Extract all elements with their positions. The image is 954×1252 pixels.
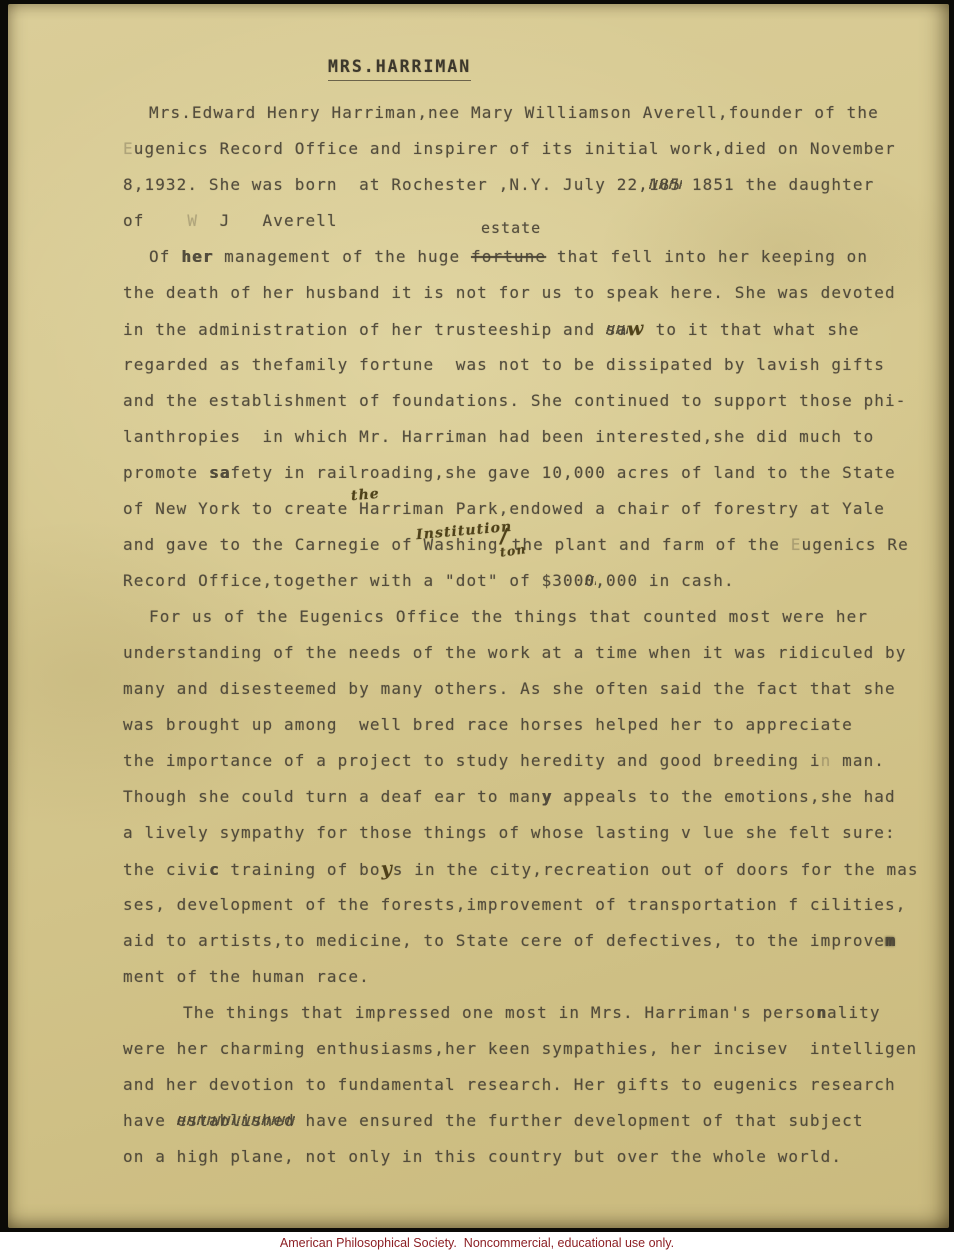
text-line: the death of her husband it is not for u… <box>8 275 949 311</box>
text-line: promote safety in railroading,she gave 1… <box>8 455 949 491</box>
handwritten-annotation-text: the <box>351 487 381 503</box>
ink-smudge: m <box>885 931 896 950</box>
caret-insertion-text: ton <box>499 543 527 559</box>
typed-text: For us of the Eugenics Office the things… <box>149 607 868 626</box>
typed-text: ses, development of the forests,improvem… <box>123 895 907 914</box>
text-line: was brought up among well bred race hors… <box>8 707 949 743</box>
typed-text: and the establishment of foundations. Sh… <box>123 391 907 410</box>
struck-out-text: 0 <box>585 563 596 599</box>
typed-text: ugenics Record Office and inspirer of it… <box>134 139 896 158</box>
typed-text: Harriman Park,endowed a chair of forestr… <box>359 499 885 518</box>
typed-text: of <box>123 211 187 230</box>
text-line: 8,1932. She was born at Rochester ,N.Y. … <box>8 167 949 203</box>
typed-text: Though she could turn a deaf ear to man <box>123 787 542 806</box>
text-line: Record Office,together with a "dot" of $… <box>8 563 949 599</box>
document-body: Mrs.Edward Henry Harriman,nee Mary Willi… <box>8 95 949 1175</box>
typed-text: ugenics Re <box>801 535 908 554</box>
typed-text: the civi <box>123 860 209 879</box>
typed-text: of New York to create <box>123 499 359 518</box>
typed-text: 8,1932. She was born at Rochester ,N.Y. … <box>123 175 649 194</box>
typed-text: and gave to the Carnegie of <box>123 535 424 554</box>
text-line: a lively sympathy for those things of wh… <box>8 815 949 851</box>
document-title: MRS.HARRIMAN <box>328 54 471 81</box>
typed-text: ment of the human race. <box>123 967 370 986</box>
text-line: and the establishment of foundations. Sh… <box>8 383 949 419</box>
text-line: For us of the Eugenics Office the things… <box>8 599 949 635</box>
archive-footer-bar: American Philosophical Society. Noncomme… <box>0 1232 954 1252</box>
typed-text: in the administration of her trusteeship… <box>123 320 606 339</box>
typed-text: 1851 the daughter <box>681 175 874 194</box>
typed-text: ,000 in cash. <box>595 571 735 590</box>
typed-insertion-above: estate <box>481 221 541 236</box>
typed-text: man. <box>831 751 885 770</box>
scanned-document-page: MRS.HARRIMAN Mrs.Edward Henry Harriman,n… <box>8 4 949 1228</box>
typed-text: the death of her husband it is not for u… <box>123 283 896 302</box>
typed-text: training of bo <box>220 860 381 879</box>
text-line: ment of the human race. <box>8 959 949 995</box>
overstruck-text: c <box>209 860 220 879</box>
typed-text: understanding of the needs of the work a… <box>123 643 907 662</box>
typed-text: The things that impressed one most in Mr… <box>183 1003 816 1022</box>
typed-text: J Averell <box>198 211 338 230</box>
struck-out-text: established <box>177 1103 295 1139</box>
typed-text: a lively sympathy for those things of wh… <box>123 823 896 842</box>
typed-text: the importance of a project to study her… <box>123 751 821 770</box>
typed-text: the plant and farm of the <box>512 535 791 554</box>
caret-insertion: ∕ton <box>499 530 512 550</box>
typed-text: was brought up among well bred race hors… <box>123 715 853 734</box>
overstruck-text: her <box>181 247 213 266</box>
text-line: The things that impressed one most in Mr… <box>8 995 949 1031</box>
typed-text: many and disesteemed by many others. As … <box>123 679 896 698</box>
typed-text: ality <box>827 1003 881 1022</box>
text-line: and her devotion to fundamental research… <box>8 1067 949 1103</box>
text-line: were her charming enthusiasms,her keen s… <box>8 1031 949 1067</box>
typed-text: appeals to the emotions,she had <box>552 787 895 806</box>
text-line: Mrs.Edward Henry Harriman,nee Mary Willi… <box>8 95 949 131</box>
typed-text: to it that what she <box>645 320 860 339</box>
typed-text: fety in railroading,she gave 10,000 acre… <box>230 463 895 482</box>
text-line: understanding of the needs of the work a… <box>8 635 949 671</box>
text-line: on a high plane, not only in this countr… <box>8 1139 949 1175</box>
handwritten-correction: w <box>626 310 646 347</box>
faded-text: E <box>791 535 802 554</box>
typed-correction: fortuneestate <box>471 239 546 275</box>
typed-text: Mrs.Edward Henry Harriman,nee Mary Willi… <box>149 103 879 122</box>
typed-text: have <box>123 1111 177 1130</box>
typed-text: management of the huge <box>213 247 471 266</box>
typed-text: have ensured the further development of … <box>295 1111 864 1130</box>
typed-text: promote <box>123 463 209 482</box>
overstruck-text: n <box>816 1003 827 1022</box>
faded-text: E <box>123 139 134 158</box>
typed-text: Record Office,together with a "dot" of $… <box>123 571 585 590</box>
struck-out-text: 185 <box>649 167 681 203</box>
typewritten-content: MRS.HARRIMAN Mrs.Edward Henry Harriman,n… <box>8 4 949 1175</box>
text-line: the civic training of boys in the city,r… <box>8 851 949 887</box>
faded-text: W <box>187 211 198 230</box>
overstruck-text: y <box>542 787 553 806</box>
typed-text: s in the city,recreation out of doors fo… <box>393 860 919 879</box>
text-line: many and disesteemed by many others. As … <box>8 671 949 707</box>
typed-text: on a high plane, not only in this countr… <box>123 1147 842 1166</box>
text-line: the importance of a project to study her… <box>8 743 949 779</box>
typed-text: that fell into her keeping on <box>546 247 868 266</box>
text-line: ses, development of the forests,improvem… <box>8 887 949 923</box>
text-line: have established have ensured the furthe… <box>8 1103 949 1139</box>
struck-out-text: fortune <box>471 247 546 266</box>
archive-credit-text: American Philosophical Society. Noncomme… <box>280 1236 674 1250</box>
handwritten-correction: y <box>379 851 394 888</box>
overstruck-text: sa <box>209 463 230 482</box>
typed-text: Of <box>149 247 181 266</box>
text-line: of W J Averell <box>8 203 949 239</box>
text-line: Eugenics Record Office and inspirer of i… <box>8 131 949 167</box>
text-line: lanthropies in which Mr. Harriman had be… <box>8 419 949 455</box>
faded-text: n <box>821 751 832 770</box>
text-line: Though she could turn a deaf ear to many… <box>8 779 949 815</box>
text-line: regarded as thefamily fortune was not to… <box>8 347 949 383</box>
typed-text: regarded as thefamily fortune was not to… <box>123 355 885 374</box>
text-line: Of her management of the huge fortuneest… <box>8 239 949 275</box>
text-line: aid to artists,to medicine, to State cer… <box>8 923 949 959</box>
typed-text: and her devotion to fundamental research… <box>123 1075 896 1094</box>
struck-out-text: sa <box>606 312 627 348</box>
text-line: and gave to the Carnegie of InstitutionW… <box>8 527 949 563</box>
typed-text: lanthropies in which Mr. Harriman had be… <box>123 427 874 446</box>
typed-text: were her charming enthusiasms,her keen s… <box>123 1039 917 1058</box>
typed-text: aid to artists,to medicine, to State cer… <box>123 931 885 950</box>
text-line: in the administration of her trusteeship… <box>8 311 949 347</box>
